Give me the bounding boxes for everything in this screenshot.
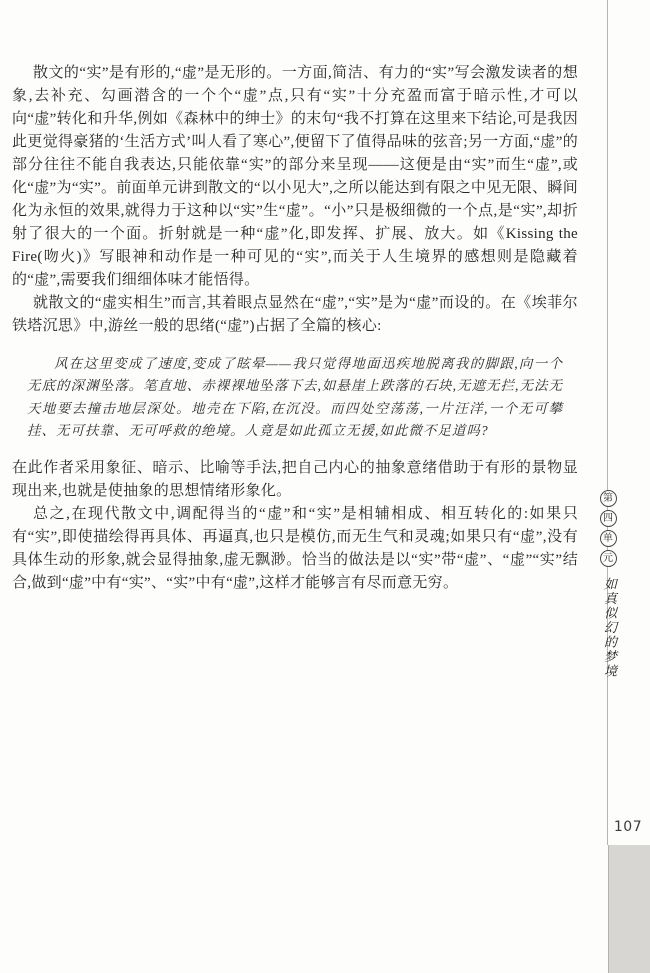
lesson-text: 散文的“实”是有形的,“虚”是无形的。一方面,简洁、有力的“实”写会激发读者的想…	[12, 62, 578, 595]
textbook-page: 散文的“实”是有形的,“虚”是无形的。一方面,简洁、有力的“实”写会激发读者的想…	[0, 0, 650, 973]
page-number: 107	[608, 819, 648, 835]
unit-char-circle-1: 第	[600, 490, 617, 507]
quoted-excerpt: 风在这里变成了速度,变成了眩晕——我只觉得地面迅疾地脱离我的脚跟,向一个无底的深…	[27, 353, 563, 443]
paragraph-2: 就散文的“虚实相生”而言,其着眼点显然在“虚”,“实”是为“虚”而设的。在《埃菲…	[12, 292, 578, 338]
unit-char-circle-4: 元	[600, 550, 617, 567]
unit-char-circle-2: 四	[600, 510, 617, 527]
sidebar-rule	[607, 0, 608, 845]
page-edge-tab	[608, 845, 650, 973]
unit-char-circle-3: 单	[600, 530, 617, 547]
unit-number-badge: 第 四 单 元	[599, 490, 617, 567]
paragraph-3: 在此作者采用象征、暗示、比喻等手法,把自己内心的抽象意绪借助于有形的景物显现出来…	[12, 457, 578, 503]
unit-title-vertical: 如真似幻的梦境	[600, 577, 619, 679]
paragraph-4: 总之,在现代散文中,调配得当的“虚”和“实”是相辅相成、相互转化的:如果只有“实…	[12, 503, 578, 595]
paragraph-1: 散文的“实”是有形的,“虚”是无形的。一方面,简洁、有力的“实”写会激发读者的想…	[12, 62, 578, 292]
